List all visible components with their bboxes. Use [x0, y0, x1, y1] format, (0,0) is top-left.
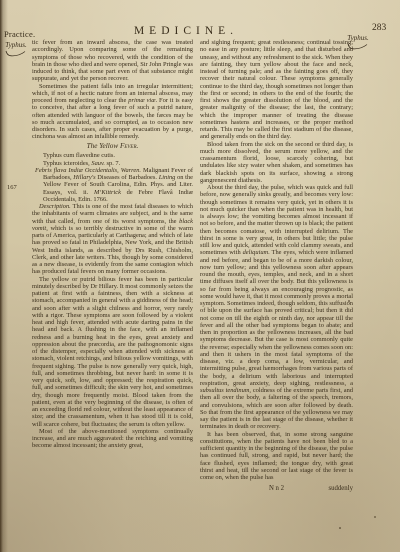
catchword: suddenly — [328, 485, 353, 492]
scanned-book-page: Practice. MEDICINE. 283 Typhus. Typhus. … — [0, 0, 400, 552]
paragraph: Sometimes the patient falls into an irre… — [32, 83, 193, 141]
margin-note-left: Typhus. — [3, 42, 29, 57]
paragraph: Blood taken from the sick on the second … — [200, 141, 353, 185]
paragraph: and sighing frequent; great restlessness… — [200, 39, 353, 141]
swash-flourish-icon — [5, 50, 27, 57]
margin-paragraph-number: 167 — [7, 184, 17, 191]
synonym-entry: Febris flava Indiæ Occidentalis, Warren.… — [32, 167, 193, 203]
synonym-entry: Typhus cum flavedine cutis. — [32, 152, 193, 159]
page-number: 283 — [372, 23, 386, 33]
paragraph: tic fever from an inward abscess, the ca… — [32, 39, 193, 83]
right-text-column: and sighing frequent; great restlessness… — [200, 39, 353, 492]
paragraph: It has been observed, that, in some stro… — [200, 431, 353, 482]
margin-note-left-label: Typhus. — [5, 41, 26, 49]
paragraph: Most of the above-mentioned symptoms con… — [32, 428, 193, 450]
left-text-column: tic fever from an inward abscess, the ca… — [32, 39, 193, 450]
paragraph: About the third day, the pulse, which wa… — [200, 184, 353, 431]
page-title: MEDICINE. — [0, 25, 372, 37]
ink-speck — [348, 300, 350, 302]
footer-line: N n 2 suddenly — [200, 485, 353, 492]
paragraph-description: Description. This is one of the most fat… — [32, 203, 193, 276]
signature-mark: N n 2 — [269, 485, 284, 492]
synonym-entry: Typhus icteroides, Sauv. sp. 7. — [32, 160, 193, 167]
ink-speck — [339, 527, 341, 529]
paragraph: The yellow or putrid bilious fever has b… — [32, 276, 193, 428]
ink-speck — [374, 516, 376, 518]
section-heading-yellow-fever: The Yellow Fever. — [32, 143, 193, 150]
